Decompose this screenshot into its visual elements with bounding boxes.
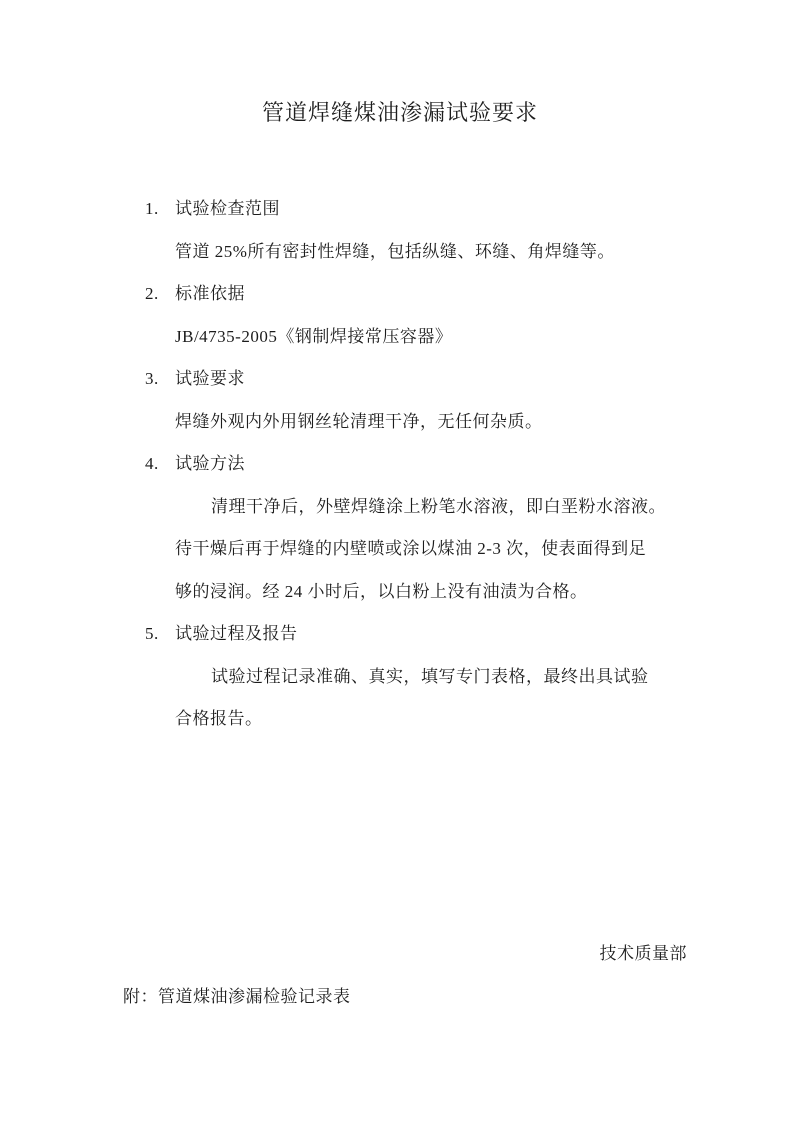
list-item-3-heading-text: 试验要求 <box>175 369 245 388</box>
list-item-3-body-line-1: 焊缝外观内外用钢丝轮清理干净，无任何杂质。 <box>145 401 687 444</box>
list-item-5-heading: 5.试验过程及报告 <box>145 613 687 656</box>
document-title: 管道焊缝煤油渗漏试验要求 <box>0 96 800 127</box>
list-item-4-body-line-1: 清理干净后，外壁焊缝涂上粉笔水溶液，即白垩粉水溶液。 <box>145 486 687 529</box>
department-signature: 技术质量部 <box>600 940 688 968</box>
document-page: 管道焊缝煤油渗漏试验要求 1.试验检查范围 管道 25%所有密封性焊缝，包括纵缝… <box>0 0 800 1131</box>
list-item-3-heading: 3.试验要求 <box>145 358 687 401</box>
list-item-4-number: 4. <box>145 443 175 486</box>
list-item-4-heading: 4.试验方法 <box>145 443 687 486</box>
list-item-3-number: 3. <box>145 358 175 401</box>
list-item-1-number: 1. <box>145 188 175 231</box>
list-item-4-body-line-2: 待干燥后再于焊缝的内壁喷或涂以煤油 2-3 次，使表面得到足 <box>145 528 687 571</box>
list-item-5-body-line-1: 试验过程记录准确、真实，填写专门表格，最终出具试验 <box>145 656 687 699</box>
attachment-note: 附：管道煤油渗漏检验记录表 <box>123 983 351 1011</box>
numbered-list: 1.试验检查范围 管道 25%所有密封性焊缝，包括纵缝、环缝、角焊缝等。 2.标… <box>145 188 687 741</box>
list-item-2-number: 2. <box>145 273 175 316</box>
list-item-4-body-line-3: 够的浸润。经 24 小时后，以白粉上没有油渍为合格。 <box>145 571 687 614</box>
list-item-2-body-line-1: JB/4735-2005《钢制焊接常压容器》 <box>145 316 687 359</box>
list-item-1-body-line-1: 管道 25%所有密封性焊缝，包括纵缝、环缝、角焊缝等。 <box>145 231 687 274</box>
list-item-1-heading-text: 试验检查范围 <box>175 199 280 218</box>
list-item-2-heading: 2.标准依据 <box>145 273 687 316</box>
list-item-2-heading-text: 标准依据 <box>175 284 245 303</box>
list-item-1-heading: 1.试验检查范围 <box>145 188 687 231</box>
list-item-5-number: 5. <box>145 613 175 656</box>
list-item-5-heading-text: 试验过程及报告 <box>175 624 298 643</box>
list-item-5-body-line-2: 合格报告。 <box>145 698 687 741</box>
list-item-4-heading-text: 试验方法 <box>175 454 245 473</box>
